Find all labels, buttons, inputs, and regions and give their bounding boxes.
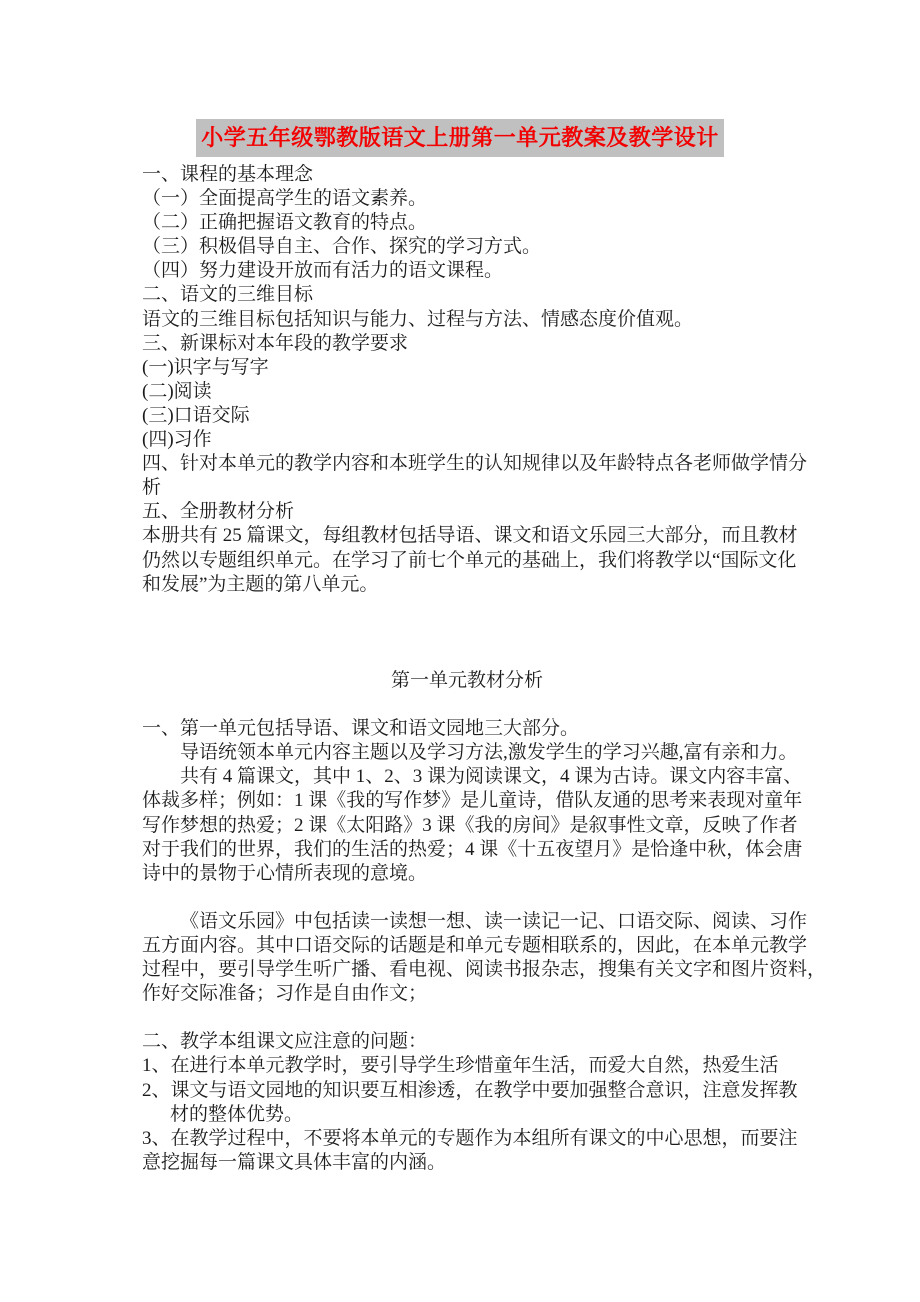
document-line: 四、针对本单元的教学内容和本班学生的认知规律以及年龄特点各老师做学情分 bbox=[142, 452, 792, 476]
document-line: 材的整体优势。 bbox=[142, 1103, 792, 1127]
document-line: 诗中的景物于心情所表现的意境。 bbox=[142, 862, 792, 886]
document-line: 2、课文与语文园地的知识要互相渗透，在教学中要加强整合意识，注意发挥教 bbox=[142, 1079, 792, 1103]
document-line: 五、全册教材分析 bbox=[142, 500, 792, 524]
document-line: (三)口语交际 bbox=[142, 404, 792, 428]
document-title: 小学五年级鄂教版语文上册第一单元教案及教学设计 bbox=[196, 119, 724, 157]
document-line: 本册共有 25 篇课文，每组教材包括导语、课文和语文乐园三大部分，而且教材 bbox=[142, 524, 792, 548]
document-line: 一、第一单元包括导语、课文和语文园地三大部分。 bbox=[142, 717, 792, 741]
document-line: （四）努力建设开放而有活力的语文课程。 bbox=[142, 259, 792, 283]
document-line: 析 bbox=[142, 476, 792, 500]
document-line: （二）正确把握语文教育的特点。 bbox=[142, 211, 792, 235]
document-line: 作好交际准备；习作是自由作文； bbox=[142, 982, 792, 1006]
blank-line bbox=[142, 621, 792, 645]
document-line: (二)阅读 bbox=[142, 380, 792, 404]
document-page: 小学五年级鄂教版语文上册第一单元教案及教学设计 一、课程的基本理念（一）全面提高… bbox=[0, 0, 920, 1302]
document-line: (一)识字与写字 bbox=[142, 356, 792, 380]
document-line: 二、教学本组课文应注意的问题： bbox=[142, 1030, 792, 1054]
document-body: 一、课程的基本理念（一）全面提高学生的语文素养。（二）正确把握语文教育的特点。（… bbox=[142, 163, 792, 1175]
blank-line bbox=[142, 693, 792, 717]
document-line: 和发展”为主题的第八单元。 bbox=[142, 573, 792, 597]
blank-line bbox=[142, 886, 792, 910]
document-line: 第一单元教材分析 bbox=[142, 669, 792, 693]
document-line: 三、新课标对本年段的教学要求 bbox=[142, 332, 792, 356]
document-line: 体裁多样；例如：1 课《我的写作梦》是儿童诗，借队友通的思考来表现对童年 bbox=[142, 789, 792, 813]
document-line: 意挖掘每一篇课文具体丰富的内涵。 bbox=[142, 1151, 792, 1175]
document-line: 五方面内容。其中口语交际的话题是和单元专题相联系的，因此，在本单元教学 bbox=[142, 934, 792, 958]
document-line: 一、课程的基本理念 bbox=[142, 163, 792, 187]
document-line: 共有 4 篇课文，其中 1、2、3 课为阅读课文，4 课为古诗。课文内容丰富、 bbox=[142, 765, 792, 789]
document-line: (四)习作 bbox=[142, 428, 792, 452]
document-line: 语文的三维目标包括知识与能力、过程与方法、情感态度价值观。 bbox=[142, 308, 792, 332]
document-line: 二、语文的三维目标 bbox=[142, 283, 792, 307]
document-line: 1、在进行本单元教学时，要引导学生珍惜童年生活，而爱大自然，热爱生活 bbox=[142, 1054, 792, 1078]
document-line: 《语文乐园》中包括读一读想一想、读一读记一记、口语交际、阅读、习作 bbox=[142, 910, 792, 934]
document-line: 对于我们的世界，我们的生活的热爱；4 课《十五夜望月》是恰逢中秋，体会唐 bbox=[142, 838, 792, 862]
document-line: 导语统领本单元内容主题以及学习方法,激发学生的学习兴趣,富有亲和力。 bbox=[142, 741, 792, 765]
document-title-row: 小学五年级鄂教版语文上册第一单元教案及教学设计 bbox=[0, 119, 920, 157]
blank-line bbox=[142, 645, 792, 669]
document-line: 过程中，要引导学生听广播、看电视、阅读书报杂志，搜集有关文字和图片资料， bbox=[142, 958, 792, 982]
blank-line bbox=[142, 597, 792, 621]
document-line: 3、在教学过程中，不要将本单元的专题作为本组所有课文的中心思想，而要注 bbox=[142, 1127, 792, 1151]
document-line: （三）积极倡导自主、合作、探究的学习方式。 bbox=[142, 235, 792, 259]
document-line: 仍然以专题组织单元。在学习了前七个单元的基础上，我们将教学以“国际文化 bbox=[142, 549, 792, 573]
document-line: 写作梦想的热爱；2 课《太阳路》3 课《我的房间》是叙事性文章，反映了作者 bbox=[142, 814, 792, 838]
document-line: （一）全面提高学生的语文素养。 bbox=[142, 187, 792, 211]
blank-line bbox=[142, 1006, 792, 1030]
